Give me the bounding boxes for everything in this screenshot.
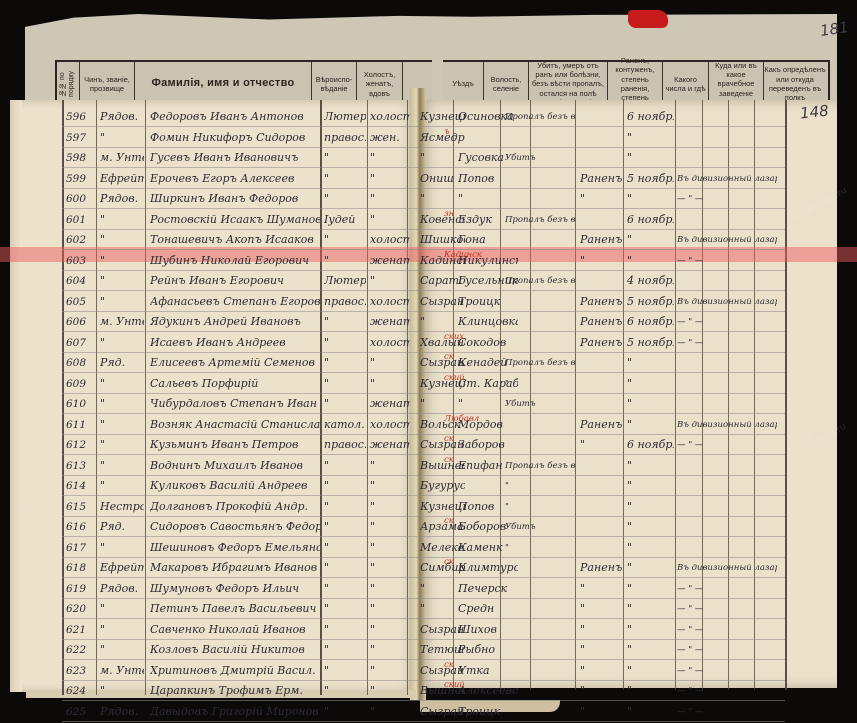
cell-sent: — " — [677,252,777,270]
cell-status: " [370,498,410,516]
table-row: 621"Савченко Николай Иванов""СызранШихов… [0,619,857,641]
cell-faith: " [324,703,366,721]
cell-status: холост [370,334,410,352]
cell-faith: " [324,231,366,249]
cell-status: женат [370,313,410,331]
cell-village: Троицк [458,703,518,721]
cell-date: " [627,641,674,659]
cell-status: холост [370,231,410,249]
table-row: 610"Чибурдаловъ Степанъ Иван"женат""Убит… [0,393,857,415]
cell-name: Савченко Николай Иванов [150,621,320,639]
red-wax-stamp [628,10,668,28]
cell-fate: Пропалъ безъ вѣсти [505,272,575,290]
header-page-number: 181 [819,18,850,40]
cell-status: " [370,641,410,659]
cell-name: Кузьминъ Иванъ Петров [150,436,320,454]
cell-rank: " [100,375,144,393]
cell-faith: " [324,518,366,536]
cell-sent: — " — [677,436,777,454]
cell-name: Шумуновъ Федоръ Ильич [150,580,320,598]
cell-wound: Раненъ [580,231,624,249]
cell-no: 604 [66,272,94,290]
cell-faith: правос. [324,129,366,147]
table-row: 600Рядов.Ширкинъ Иванъ Федоров""""""— " … [0,188,857,210]
cell-date: " [627,129,674,147]
cell-faith: " [324,149,366,167]
cell-date: " [627,580,674,598]
cell-status: " [370,621,410,639]
cell-no: 619 [66,580,94,598]
cell-no: 610 [66,395,94,413]
cell-rank: м. Унтер [100,662,144,680]
cell-faith: Лютер. [324,272,366,290]
cell-wound: Раненъ [580,170,624,188]
cell-faith: " [324,600,366,618]
cell-rank: " [100,334,144,352]
table-row: 609"Сальевъ Порфирій""КузнецкСт. Карабул… [0,373,857,395]
cell-rank: " [100,231,144,249]
table-row: 619Рядов.Шумуновъ Федоръ Ильич"""Печерск… [0,578,857,600]
cell-rank: " [100,252,144,270]
red-ink-correction: ск [444,451,454,469]
cell-village: Алексеевск [458,682,518,700]
cell-rank: " [100,436,144,454]
red-ink-correction: ск [444,553,454,571]
cell-no: 606 [66,313,94,331]
cell-name: Хритиновъ Дмитрій Васил. [150,662,320,680]
table-row: 596Рядов.Федоровъ Иванъ АнтоновЛютер.хол… [0,106,857,128]
table-row: 625Рядов.Давыдовъ Григорій Миронов""Сызр… [0,701,857,723]
cell-sent: — " — [677,600,777,618]
cell-date: 6 ноября [627,211,674,229]
table-row: 614"Куликовъ Василій Андреев""Бугурусл"" [0,475,857,497]
cell-fate: Пропалъ безъ вѣсти [505,457,575,475]
cell-date: " [627,149,674,167]
red-ink-correction: ский [444,676,465,694]
cell-date: " [627,662,674,680]
previous-page-header-strip: №№ по порядку Чинъ, званіе, прозвище Фам… [25,14,837,106]
cell-wound: " [580,621,624,639]
cell-name: Царапкинъ Трофимъ Ерм. [150,682,320,700]
cell-rank: Ефрейт. [100,170,144,188]
cell-name: Елисеевъ Артемій Семенов [150,354,320,372]
cell-sent: — " — [677,662,777,680]
cell-no: 608 [66,354,94,372]
cell-status: " [370,539,410,557]
cell-date: 4 ноября [627,272,674,290]
cell-status: " [370,518,410,536]
cell-rank: " [100,293,144,311]
cell-village: Рыбно [458,641,518,659]
cell-village: Троицк [458,293,518,311]
cell-no: 601 [66,211,94,229]
cell-wound: " [580,703,624,721]
cell-sent: — " — [677,190,777,208]
cell-sent: — " — [677,682,777,700]
cell-date: 6 ноября [627,436,674,454]
cell-no: 602 [66,231,94,249]
cell-name: Тонашевичъ Акопъ Исааков [150,231,320,249]
table-row: 617"Шешиновъ Федоръ Емельянов""Мелекесск… [0,537,857,559]
cell-status: " [370,211,410,229]
cell-rank: Рядов. [100,580,144,598]
cell-date: 5 ноября [627,293,674,311]
cell-rank: Рядов. [100,108,144,126]
cell-no: 617 [66,539,94,557]
cell-no: 611 [66,416,94,434]
cell-wound: Раненъ [580,559,624,577]
cell-status: " [370,272,410,290]
table-row: 624"Царапкинъ Трофимъ Ерм.""ВышневАлексе… [0,680,857,702]
cell-date: " [627,457,674,475]
cell-name: Чибурдаловъ Степанъ Иван [150,395,320,413]
cell-status: " [370,682,410,700]
cell-name: Долгановъ Прокофій Андр. [150,498,320,516]
cell-village: Заборов [458,436,518,454]
cell-no: 596 [66,108,94,126]
cell-fate: " [505,539,575,557]
cell-faith: " [324,190,366,208]
cell-sent: — " — [677,703,777,721]
cell-rank: Ряд. [100,518,144,536]
cell-no: 625 [66,703,94,721]
cell-village: Печерск [458,580,518,598]
cell-name: Федоровъ Иванъ Антонов [150,108,320,126]
cell-sent: — " — [677,641,777,659]
cell-name: Гусевъ Иванъ Ивановичъ [150,149,320,167]
cell-date: " [627,395,674,413]
cell-faith: " [324,539,366,557]
cell-fate: Пропалъ безъ вѣсти [505,354,575,372]
cell-no: 613 [66,457,94,475]
cell-date: " [627,231,674,249]
cell-status: холост [370,416,410,434]
cell-date: " [627,416,674,434]
cell-no: 623 [66,662,94,680]
cell-wound: " [580,252,624,270]
red-ink-correction: зн [444,205,454,223]
cell-date: " [627,354,674,372]
cell-faith: " [324,477,366,495]
cell-faith: " [324,354,366,372]
cell-name: Афанасьевъ Степанъ Егоров [150,293,320,311]
cell-name: Шубинъ Николай Егорович [150,252,320,270]
cell-status: " [370,477,410,495]
cell-village: Климтурск [458,559,518,577]
cell-name: Исаевъ Иванъ Андреев [150,334,320,352]
cell-faith: Лютер. [324,108,366,126]
cell-fate: Пропалъ безъ вѣсти [505,211,575,229]
cell-no: 612 [66,436,94,454]
cell-date: " [627,600,674,618]
cell-name: Возняк Анастасій Станиславов [150,416,320,434]
cell-wound: " [580,580,624,598]
cell-rank: м. Унтер [100,313,144,331]
cell-name: Ростовскій Исаакъ Шуманов [150,211,320,229]
cell-no: 605 [66,293,94,311]
table-row: 611"Возняк Анастасій Станиславовкатол.хо… [0,414,857,436]
row-rule [62,721,785,722]
cell-village: Сокодов [458,334,518,352]
cell-status: " [370,703,410,721]
cell-rank: " [100,211,144,229]
cell-no: 624 [66,682,94,700]
cell-date: " [627,559,674,577]
cell-faith: правос. [324,436,366,454]
cell-wound: Раненъ [580,334,624,352]
cell-date: 6 ноября [627,313,674,331]
cell-status: " [370,662,410,680]
cell-date: " [627,518,674,536]
cell-wound: " [580,641,624,659]
cell-name: Воднинъ Михаилъ Иванов [150,457,320,475]
cell-faith: Іудей [324,211,366,229]
cell-wound: Раненъ [580,313,624,331]
table-row: 623м. УнтерХритиновъ Дмитрій Васил.""Сыз… [0,660,857,682]
cell-no: 621 [66,621,94,639]
cell-village: " [458,190,518,208]
cell-no: 599 [66,170,94,188]
cell-village: Попов [458,170,518,188]
cell-sent: Въ дивизионный лазаретъ [677,231,777,249]
cell-fate: Убитъ [505,395,575,413]
red-ink-correction: ск [444,512,454,530]
cell-no: 603 [66,252,94,270]
cell-rank: Рядов. [100,703,144,721]
cell-rank: " [100,600,144,618]
cell-wound: " [580,600,624,618]
cell-fate: " [505,477,575,495]
red-ink-correction: Любавл [444,410,479,428]
cell-name: Петинъ Павелъ Васильевич [150,600,320,618]
cell-date: " [627,498,674,516]
cell-faith: " [324,170,366,188]
table-row: 597"Фомин Никифоръ Сидоровправос.жен.Ясм… [0,127,857,149]
cell-rank: " [100,272,144,290]
cell-name: Фомин Никифоръ Сидоров [150,129,320,147]
cell-rank: Нестроев [100,498,144,516]
cell-status: " [370,457,410,475]
cell-no: 597 [66,129,94,147]
cell-date: " [627,190,674,208]
cell-wound: " [580,436,624,454]
table-row: 604"Рейнъ Иванъ ЕгоровичЛютер."СаратовГу… [0,270,857,292]
cell-no: 616 [66,518,94,536]
cell-name: Сальевъ Порфирій [150,375,320,393]
cell-status: холост [370,293,410,311]
cell-rank: " [100,395,144,413]
cell-rank: " [100,477,144,495]
cell-name: Куликовъ Василій Андреев [150,477,320,495]
red-ink-correction: ск [444,656,454,674]
cell-wound: " [580,190,624,208]
cell-status: " [370,600,410,618]
cell-fate: Убитъ [505,518,575,536]
cell-date: " [627,539,674,557]
cell-status: " [370,190,410,208]
cell-rank: Рядов. [100,190,144,208]
cell-name: Ядукинъ Андрей Ивановъ [150,313,320,331]
cell-wound: Раненъ [580,293,624,311]
cell-name: Рейнъ Иванъ Егорович [150,272,320,290]
cell-faith: " [324,313,366,331]
cell-rank: " [100,457,144,475]
cell-village: Клинцовка [458,313,518,331]
cell-date: 5 ноября [627,170,674,188]
cell-rank: " [100,682,144,700]
cell-status: жен. [370,129,410,147]
cell-no: 598 [66,149,94,167]
cell-fate: " [505,375,575,393]
cell-faith: правос. [324,293,366,311]
table-row: 607"Исаевъ Иванъ Андреев"холостХвалынскС… [0,332,857,354]
cell-rank: " [100,416,144,434]
cell-name: Ерочевъ Егоръ Алексеев [150,170,320,188]
table-row: 615НестроевДолгановъ Прокофій Андр.""Куз… [0,496,857,518]
cell-faith: " [324,641,366,659]
cell-faith: " [324,498,366,516]
cell-faith: " [324,457,366,475]
red-ink-correction: ск [444,430,454,448]
cell-date: " [627,477,674,495]
cell-status: женат [370,395,410,413]
cell-fate: Убитъ [505,149,575,167]
table-row: 605"Афанасьевъ Степанъ Егоровправос.холо… [0,291,857,313]
cell-status: женат [370,252,410,270]
table-row: 620"Петинъ Павелъ Васильевич"""Средн""— … [0,598,857,620]
table-row: 612"Кузьминъ Иванъ Петровправос.женатСыз… [0,434,857,456]
cell-faith: " [324,580,366,598]
cell-rank: Ефрейт [100,559,144,577]
cell-rank: м. Унтер [100,149,144,167]
cell-faith: " [324,375,366,393]
cell-village: Шихов [458,621,518,639]
cell-fate: Пропалъ безъ вѣсти [505,108,575,126]
cell-rank: " [100,621,144,639]
table-row: 606м. УнтерЯдукинъ Андрей Ивановъ"женат"… [0,311,857,333]
cell-sent: Въ дивизионный лазаретъ [677,170,777,188]
cell-status: " [370,375,410,393]
red-ink-correction: ъ [444,123,450,141]
cell-status: " [370,149,410,167]
table-row: 601"Ростовскій Исаакъ ШумановІудей"Ковен… [0,209,857,231]
table-row: 613"Воднинъ Михаилъ Иванов""ВышневЕпифан… [0,455,857,477]
cell-rank: Ряд. [100,354,144,372]
cell-sent: Въ дивизионный лазаретъ [677,559,777,577]
cell-name: Макаровъ Ибрагимъ Иванов [150,559,320,577]
cell-uezd: Бугурусл [420,477,465,495]
cell-date: " [627,621,674,639]
cell-status: " [370,170,410,188]
cell-date: " [627,682,674,700]
red-ink-correction: ский [444,369,465,387]
cell-no: 620 [66,600,94,618]
table-row: 608Ряд.Елисеевъ Артемій Семенов""СызранК… [0,352,857,374]
cell-faith: " [324,682,366,700]
red-ink-correction: Кадинск [444,246,482,264]
cell-faith: " [324,559,366,577]
cell-no: 618 [66,559,94,577]
cell-status: холост [370,108,410,126]
table-row: 618ЕфрейтМакаровъ Ибрагимъ Иванов""Симби… [0,557,857,579]
table-row: 602"Тонашевичъ Акопъ Исааков"холостШишко… [0,229,857,251]
cell-sent: Въ дивизионный лазаретъ [677,416,777,434]
cell-status: " [370,354,410,372]
cell-faith: " [324,395,366,413]
table-row: 603"Шубинъ Николай Егорович"женатКадинск… [0,250,857,272]
table-row: 616Ряд.Сидоровъ Савостьянъ Федор""Арзама… [0,516,857,538]
cell-no: 622 [66,641,94,659]
cell-sent: — " — [677,334,777,352]
cell-faith: катол. [324,416,366,434]
cell-name: Шешиновъ Федоръ Емельянов [150,539,320,557]
cell-no: 614 [66,477,94,495]
cell-name: Сидоровъ Савостьянъ Федор [150,518,320,536]
cell-date: 5 ноября [627,334,674,352]
cell-rank: " [100,641,144,659]
table-row: 622"Козловъ Василій Никитов""ТетюшскРыбн… [0,639,857,661]
table-row: 598м. УнтерГусевъ Иванъ Ивановичъ"""Гусо… [0,147,857,169]
cell-name: Ширкинъ Иванъ Федоров [150,190,320,208]
cell-village: Средн [458,600,518,618]
cell-date: 6 ноября [627,108,674,126]
cell-date: " [627,375,674,393]
red-ink-correction: ских [444,328,464,346]
cell-wound: " [580,682,624,700]
cell-date: " [627,703,674,721]
cell-no: 615 [66,498,94,516]
cell-fate: " [505,498,575,516]
cell-faith: " [324,252,366,270]
red-ink-correction: ск [444,348,454,366]
cell-status: " [370,559,410,577]
cell-name: Козловъ Василій Никитов [150,641,320,659]
cell-uezd: Ясмедров [420,129,465,147]
cell-status: " [370,580,410,598]
cell-faith: " [324,334,366,352]
cell-rank: " [100,129,144,147]
cell-wound: Раненъ [580,416,624,434]
cell-rank: " [100,539,144,557]
cell-date: " [627,252,674,270]
cell-sent: Въ дивизионный лазаретъ [677,293,777,311]
cell-no: 607 [66,334,94,352]
cell-wound: " [580,662,624,680]
cell-sent: — " — [677,580,777,598]
cell-sent: — " — [677,313,777,331]
cell-sent: — " — [677,621,777,639]
cell-no: 609 [66,375,94,393]
cell-name: Давыдовъ Григорій Миронов [150,703,320,721]
cell-village: Утка [458,662,518,680]
cell-status: женат [370,436,410,454]
cell-no: 600 [66,190,94,208]
table-row: 599Ефрейт.Ерочевъ Егоръ Алексеев""ОнишПо… [0,168,857,190]
cell-faith: " [324,621,366,639]
cell-faith: " [324,662,366,680]
